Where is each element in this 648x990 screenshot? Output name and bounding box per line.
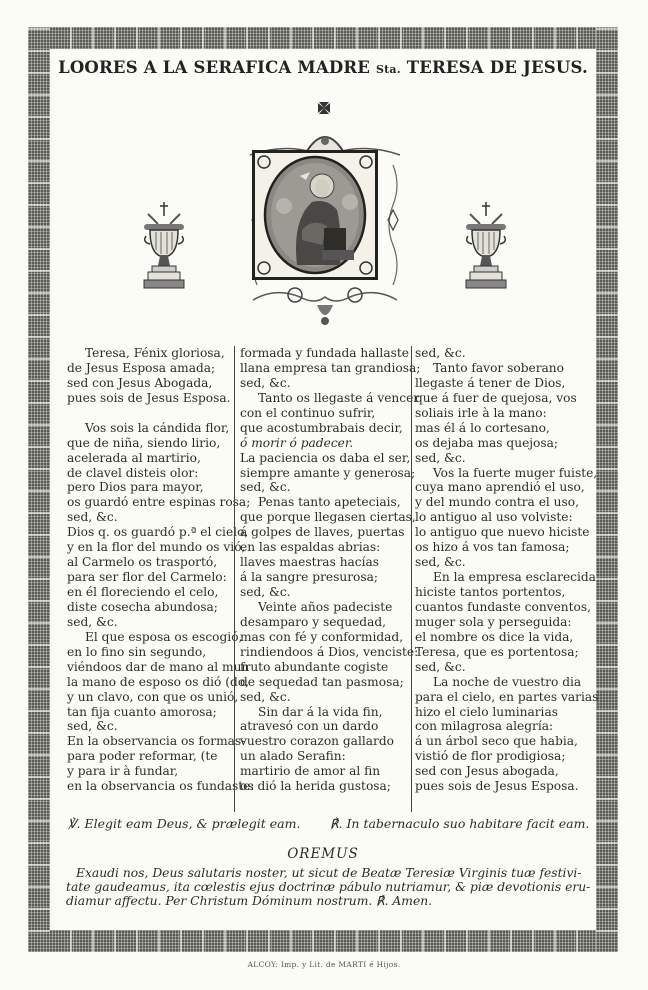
verse-line: hiciste tantos portentos, xyxy=(415,585,598,600)
verse-line: Tanto os llegaste á vencer xyxy=(240,391,420,406)
verse-line: sed, &c. xyxy=(240,690,420,705)
title-text: LOORES A LA SERAFICA MADRE xyxy=(58,58,376,77)
verse-line: de Jesus Esposa amada; xyxy=(67,361,254,376)
verse-line: que á fuer de quejosa, vos xyxy=(415,391,598,406)
verse-line: y un clavo, con que os unió, xyxy=(67,690,254,705)
ornamental-border-right xyxy=(596,27,618,952)
oremus-heading: OREMUS xyxy=(50,846,596,862)
verse-line: cuantos fundaste conventos, xyxy=(415,600,598,615)
verse-line: os guardó entre espinas rosa; xyxy=(67,495,254,510)
verse-line: El que esposa os escogió, xyxy=(67,630,254,645)
verse-line: para el cielo, en partes varias xyxy=(415,690,598,705)
verse-line: que porque llegasen ciertas, xyxy=(240,510,420,525)
verse-line: con milagrosa alegría: xyxy=(415,719,598,734)
verse-line: y del mundo contra el uso, xyxy=(415,495,598,510)
saint-teresa-engraving xyxy=(252,150,378,280)
vase-with-cross-icon xyxy=(142,200,186,292)
verse-line: pues sois de Jesus Esposa. xyxy=(67,391,254,406)
prayer-line: tate gaudeamus, ita cœlestis ejus doctri… xyxy=(66,880,586,894)
verse-line: La paciencia os daba el ser, xyxy=(240,451,420,466)
verse-line: vuestro corazon gallardo xyxy=(240,734,420,749)
verse-line: sed, &c. xyxy=(415,660,598,675)
versicle: ℣. Elegit eam Deus, & prælegit eam. xyxy=(68,816,300,831)
ornamental-border-bottom xyxy=(28,930,618,952)
column-divider xyxy=(411,346,412,812)
verse-line: la mano de esposo os dió (do, xyxy=(67,675,254,690)
verse-line: de sequedad tan pasmosa; xyxy=(240,675,420,690)
verse-line: Vos la fuerte muger fuiste, xyxy=(415,466,598,481)
verse-line: un alado Serafin: xyxy=(240,749,420,764)
verse-line: pues sois de Jesus Esposa. xyxy=(415,779,598,794)
verse-line: hizo el cielo luminarias xyxy=(415,705,598,720)
verse-line: fruto abundante cogiste xyxy=(240,660,420,675)
column-divider xyxy=(234,346,235,812)
verse-line: lo antiguo al uso volviste: xyxy=(415,510,598,525)
verse-line: á la sangre presurosa; xyxy=(240,570,420,585)
verse-line: mas con fé y conformidad, xyxy=(240,630,420,645)
verse-line: cuya mano aprendió el uso, xyxy=(415,480,598,495)
title-abbreviation: Sta. xyxy=(376,63,401,76)
verse-line: y para ir à fundar, xyxy=(67,764,254,779)
prayer-line: diamur affectu. Per Christum Dóminum nos… xyxy=(66,894,586,908)
verse-line: vistió de flor prodigiosa; xyxy=(415,749,598,764)
verse-line: á golpes de llaves, puertas xyxy=(240,525,420,540)
verse-line: de clavel disteis olor: xyxy=(67,466,254,481)
ornamental-border-top xyxy=(28,27,618,49)
verse-line: llaves maestras hacías xyxy=(240,555,420,570)
verse-column-3: sed, &c.Tanto favor soberanollegaste á t… xyxy=(415,346,598,794)
verse-line: sed, &c. xyxy=(67,615,254,630)
verse-line: En la observancia os formas- xyxy=(67,734,254,749)
verse-line: Vos sois la cándida flor, xyxy=(67,421,254,436)
verse-line: en las espaldas abrias: xyxy=(240,540,420,555)
verse-line: que de niña, siendo lirio, xyxy=(67,436,254,451)
verse-line: tan fija cuanto amorosa; xyxy=(67,705,254,720)
verse-line: mas él á lo cortesano, xyxy=(415,421,598,436)
prayer-text: Exaudi nos, Deus salutaris noster, ut si… xyxy=(66,866,586,908)
verse-column-1: Teresa, Fénix gloriosa,de Jesus Esposa a… xyxy=(67,346,254,794)
response: ℟. In tabernaculo suo habitare facit eam… xyxy=(330,816,589,831)
verse-line: En la empresa esclarecida xyxy=(415,570,598,585)
verse-line: sed, &c. xyxy=(415,555,598,570)
verse-line: Teresa, que es portentosa; xyxy=(415,645,598,660)
verse-line: llana empresa tan grandiosa; xyxy=(240,361,420,376)
prayer-line: Exaudi nos, Deus salutaris noster, ut si… xyxy=(66,866,586,880)
printer-imprint: ALCOY: Imp. y Lit. de MARTI é Hijos. xyxy=(0,960,648,969)
verse-line: en la observancia os fundaste: xyxy=(67,779,254,794)
verse-line: atravesó con un dardo xyxy=(240,719,420,734)
maltese-cross-icon xyxy=(316,100,332,116)
verse-line: Penas tanto apeteciais, xyxy=(240,495,420,510)
verse-line: desamparo y sequedad, xyxy=(240,615,420,630)
verse-line: llegaste á tener de Dios, xyxy=(415,376,598,391)
verse-line: para poder reformar, (te xyxy=(67,749,254,764)
verse-line: rindiendoos á Dios, venciste: xyxy=(240,645,420,660)
verse-line: La noche de vuestro dia xyxy=(415,675,598,690)
verse-line: sed, &c. xyxy=(240,376,420,391)
verse-line: en lo fino sin segundo, xyxy=(67,645,254,660)
verse-line: sed, &c. xyxy=(415,451,598,466)
verse-line: os dió la herida gustosa; xyxy=(240,779,420,794)
ornamental-border-left xyxy=(28,27,50,952)
verse-line: pero Dios para mayor, xyxy=(67,480,254,495)
verse-line: Dios q. os guardó p.ª el cielo, xyxy=(67,525,254,540)
verse-line: muger sola y perseguida: xyxy=(415,615,598,630)
page-title: LOORES A LA SERAFICA MADRE Sta. TERESA D… xyxy=(50,58,596,77)
verse-line: siempre amante y generosa; xyxy=(240,466,420,481)
title-text-end: TERESA DE JESUS. xyxy=(401,58,588,77)
verse-column-2: formada y fundada hallastellana empresa … xyxy=(240,346,420,794)
verse-line: viéndoos dar de mano al mun xyxy=(67,660,254,675)
verse-line: sed, &c. xyxy=(67,719,254,734)
verse-line: sed, &c. xyxy=(240,480,420,495)
verse-line: os hizo á vos tan famosa; xyxy=(415,540,598,555)
verse-line: Teresa, Fénix gloriosa, xyxy=(67,346,254,361)
vase-with-cross-icon xyxy=(464,200,508,292)
verse-line: Tanto favor soberano xyxy=(415,361,598,376)
verse-line: diste cosecha abundosa; xyxy=(67,600,254,615)
verse-line: que acostumbrabais decir, xyxy=(240,421,420,436)
verse-line: acelerada al martirio, xyxy=(67,451,254,466)
verse-line: el nombre os dice la vida, xyxy=(415,630,598,645)
verse-line: sed con Jesus Abogada, xyxy=(67,376,254,391)
verse-line: martirio de amor al fin xyxy=(240,764,420,779)
verse-line: Veinte años padeciste xyxy=(240,600,420,615)
verse-line: en él floreciendo el celo, xyxy=(67,585,254,600)
verse-line: soliais irle à la mano: xyxy=(415,406,598,421)
verse-line: ó morir ó padecer. xyxy=(240,436,420,451)
verse-line: á un árbol seco que habia, xyxy=(415,734,598,749)
verse-line xyxy=(67,406,254,421)
verse-line: sed, &c. xyxy=(415,346,598,361)
verse-line: para ser flor del Carmelo: xyxy=(67,570,254,585)
verse-line: y en la flor del mundo os vió, xyxy=(67,540,254,555)
verse-line: Sin dar á la vida fin, xyxy=(240,705,420,720)
verse-line: formada y fundada hallaste xyxy=(240,346,420,361)
verse-line: al Carmelo os trasportó, xyxy=(67,555,254,570)
verse-line: sed, &c. xyxy=(240,585,420,600)
verse-line: sed con Jesus abogada, xyxy=(415,764,598,779)
verse-line: con el continuo sufrir, xyxy=(240,406,420,421)
verse-line: sed, &c. xyxy=(67,510,254,525)
verse-line: os dejaba mas quejosa; xyxy=(415,436,598,451)
verse-line: lo antiguo que nuevo hiciste xyxy=(415,525,598,540)
